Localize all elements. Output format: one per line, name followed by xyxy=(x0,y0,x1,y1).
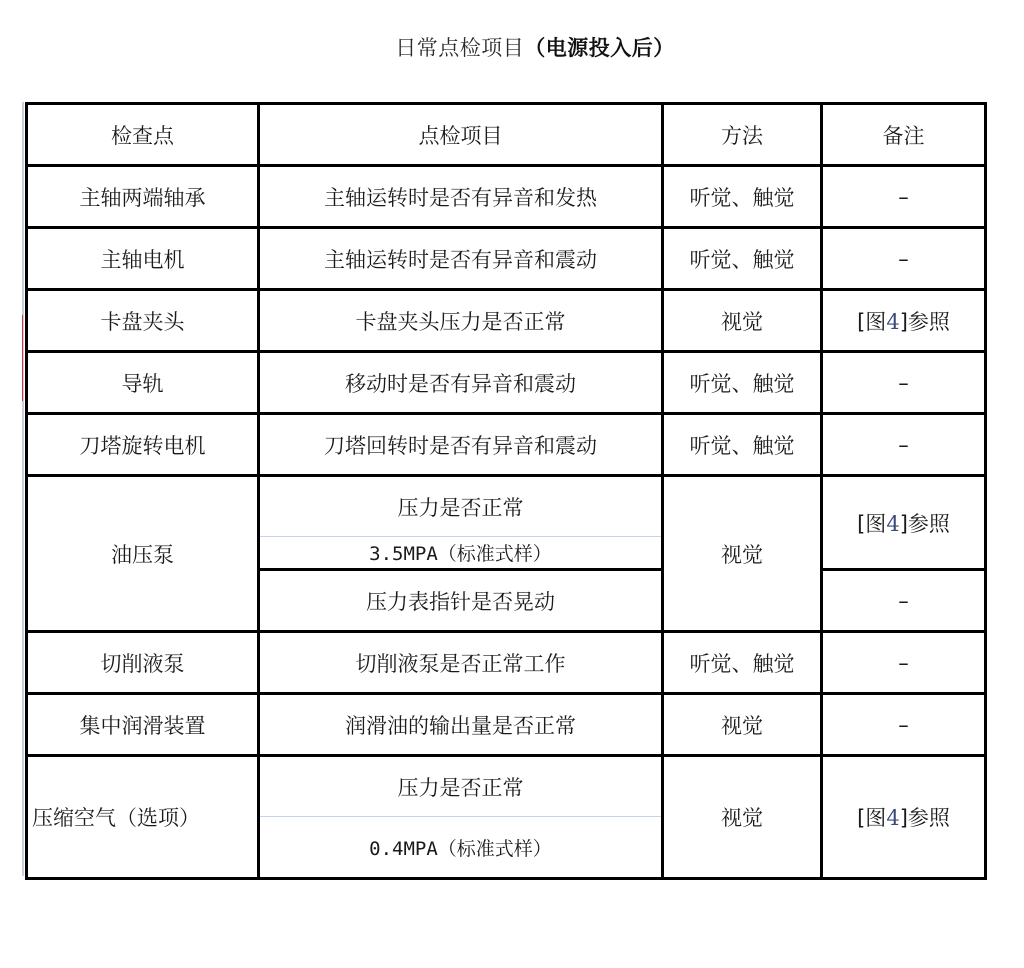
cell-item-line1: 压力是否正常 xyxy=(259,476,663,537)
ref-prefix: [图 xyxy=(857,512,886,536)
title-normal: 日常点检项目 xyxy=(395,36,524,60)
cell-remark-figure-ref: [图4]参照 xyxy=(822,476,986,570)
cell-item-line1: 压力是否正常 xyxy=(259,756,663,817)
cell-remark: – xyxy=(822,352,986,414)
table-row: 集中润滑装置 润滑油的输出量是否正常 视觉 – xyxy=(27,694,986,756)
ref-number: 4 xyxy=(886,512,899,536)
cell-method: 视觉 xyxy=(663,476,822,632)
cell-remark: – xyxy=(822,570,986,632)
ref-suffix: ]参照 xyxy=(900,806,950,830)
cell-point: 切削液泵 xyxy=(27,632,259,694)
ref-number: 4 xyxy=(886,806,899,830)
table-row-oil-pump: 油压泵 压力是否正常 视觉 [图4]参照 xyxy=(27,476,986,537)
cell-point: 导轨 xyxy=(27,352,259,414)
cell-method: 听觉、触觉 xyxy=(663,166,822,228)
cell-remark: – xyxy=(822,694,986,756)
cell-item: 压力表指针是否晃动 xyxy=(259,570,663,632)
header-remark: 备注 xyxy=(822,104,986,166)
title-bold: （电源投入后） xyxy=(524,36,675,60)
cell-method: 听觉、触觉 xyxy=(663,352,822,414)
cell-item-line2: 0.4MPA（标准式样） xyxy=(259,817,663,879)
cell-method: 视觉 xyxy=(663,694,822,756)
page-title: 日常点检项目（电源投入后） xyxy=(0,32,1024,62)
ref-number: 4 xyxy=(886,310,899,334)
cell-point: 油压泵 xyxy=(27,476,259,632)
left-margin-guide xyxy=(22,102,24,876)
header-check-point: 检查点 xyxy=(27,104,259,166)
ref-suffix: ]参照 xyxy=(900,512,950,536)
cell-point: 主轴电机 xyxy=(27,228,259,290)
cell-item: 主轴运转时是否有异音和震动 xyxy=(259,228,663,290)
ref-prefix: [图 xyxy=(857,310,886,334)
cell-remark: – xyxy=(822,632,986,694)
cell-point: 集中润滑装置 xyxy=(27,694,259,756)
table-row: 切削液泵 切削液泵是否正常工作 听觉、触觉 – xyxy=(27,632,986,694)
table-row: 主轴电机 主轴运转时是否有异音和震动 听觉、触觉 – xyxy=(27,228,986,290)
cell-item: 刀塔回转时是否有异音和震动 xyxy=(259,414,663,476)
cell-remark-figure-ref: [图4]参照 xyxy=(822,290,986,352)
ref-prefix: [图 xyxy=(857,806,886,830)
cell-method: 视觉 xyxy=(663,756,822,879)
cell-method: 听觉、触觉 xyxy=(663,414,822,476)
cell-remark: – xyxy=(822,414,986,476)
cell-point: 刀塔旋转电机 xyxy=(27,414,259,476)
cell-item: 润滑油的输出量是否正常 xyxy=(259,694,663,756)
cell-method: 视觉 xyxy=(663,290,822,352)
header-inspection-item: 点检项目 xyxy=(259,104,663,166)
table-row: 卡盘夹头 卡盘夹头压力是否正常 视觉 [图4]参照 xyxy=(27,290,986,352)
table-row-compressed-air: 压缩空气（选项） 压力是否正常 视觉 [图4]参照 xyxy=(27,756,986,817)
revision-mark xyxy=(22,315,23,401)
cell-item: 移动时是否有异音和震动 xyxy=(259,352,663,414)
table-row: 刀塔旋转电机 刀塔回转时是否有异音和震动 听觉、触觉 – xyxy=(27,414,986,476)
inspection-table: 检查点 点检项目 方法 备注 主轴两端轴承 主轴运转时是否有异音和发热 听觉、触… xyxy=(25,102,987,880)
cell-method: 听觉、触觉 xyxy=(663,228,822,290)
cell-remark: – xyxy=(822,228,986,290)
cell-remark-figure-ref: [图4]参照 xyxy=(822,756,986,879)
cell-item-line2: 3.5MPA（标准式样） xyxy=(259,537,663,570)
ref-suffix: ]参照 xyxy=(900,310,950,334)
header-method: 方法 xyxy=(663,104,822,166)
table-header-row: 检查点 点检项目 方法 备注 xyxy=(27,104,986,166)
table-row: 导轨 移动时是否有异音和震动 听觉、触觉 – xyxy=(27,352,986,414)
table-row: 主轴两端轴承 主轴运转时是否有异音和发热 听觉、触觉 – xyxy=(27,166,986,228)
cell-method: 听觉、触觉 xyxy=(663,632,822,694)
cell-point: 卡盘夹头 xyxy=(27,290,259,352)
cell-item: 切削液泵是否正常工作 xyxy=(259,632,663,694)
cell-point: 压缩空气（选项） xyxy=(27,756,259,879)
cell-item: 卡盘夹头压力是否正常 xyxy=(259,290,663,352)
cell-remark: – xyxy=(822,166,986,228)
cell-item: 主轴运转时是否有异音和发热 xyxy=(259,166,663,228)
cell-point: 主轴两端轴承 xyxy=(27,166,259,228)
